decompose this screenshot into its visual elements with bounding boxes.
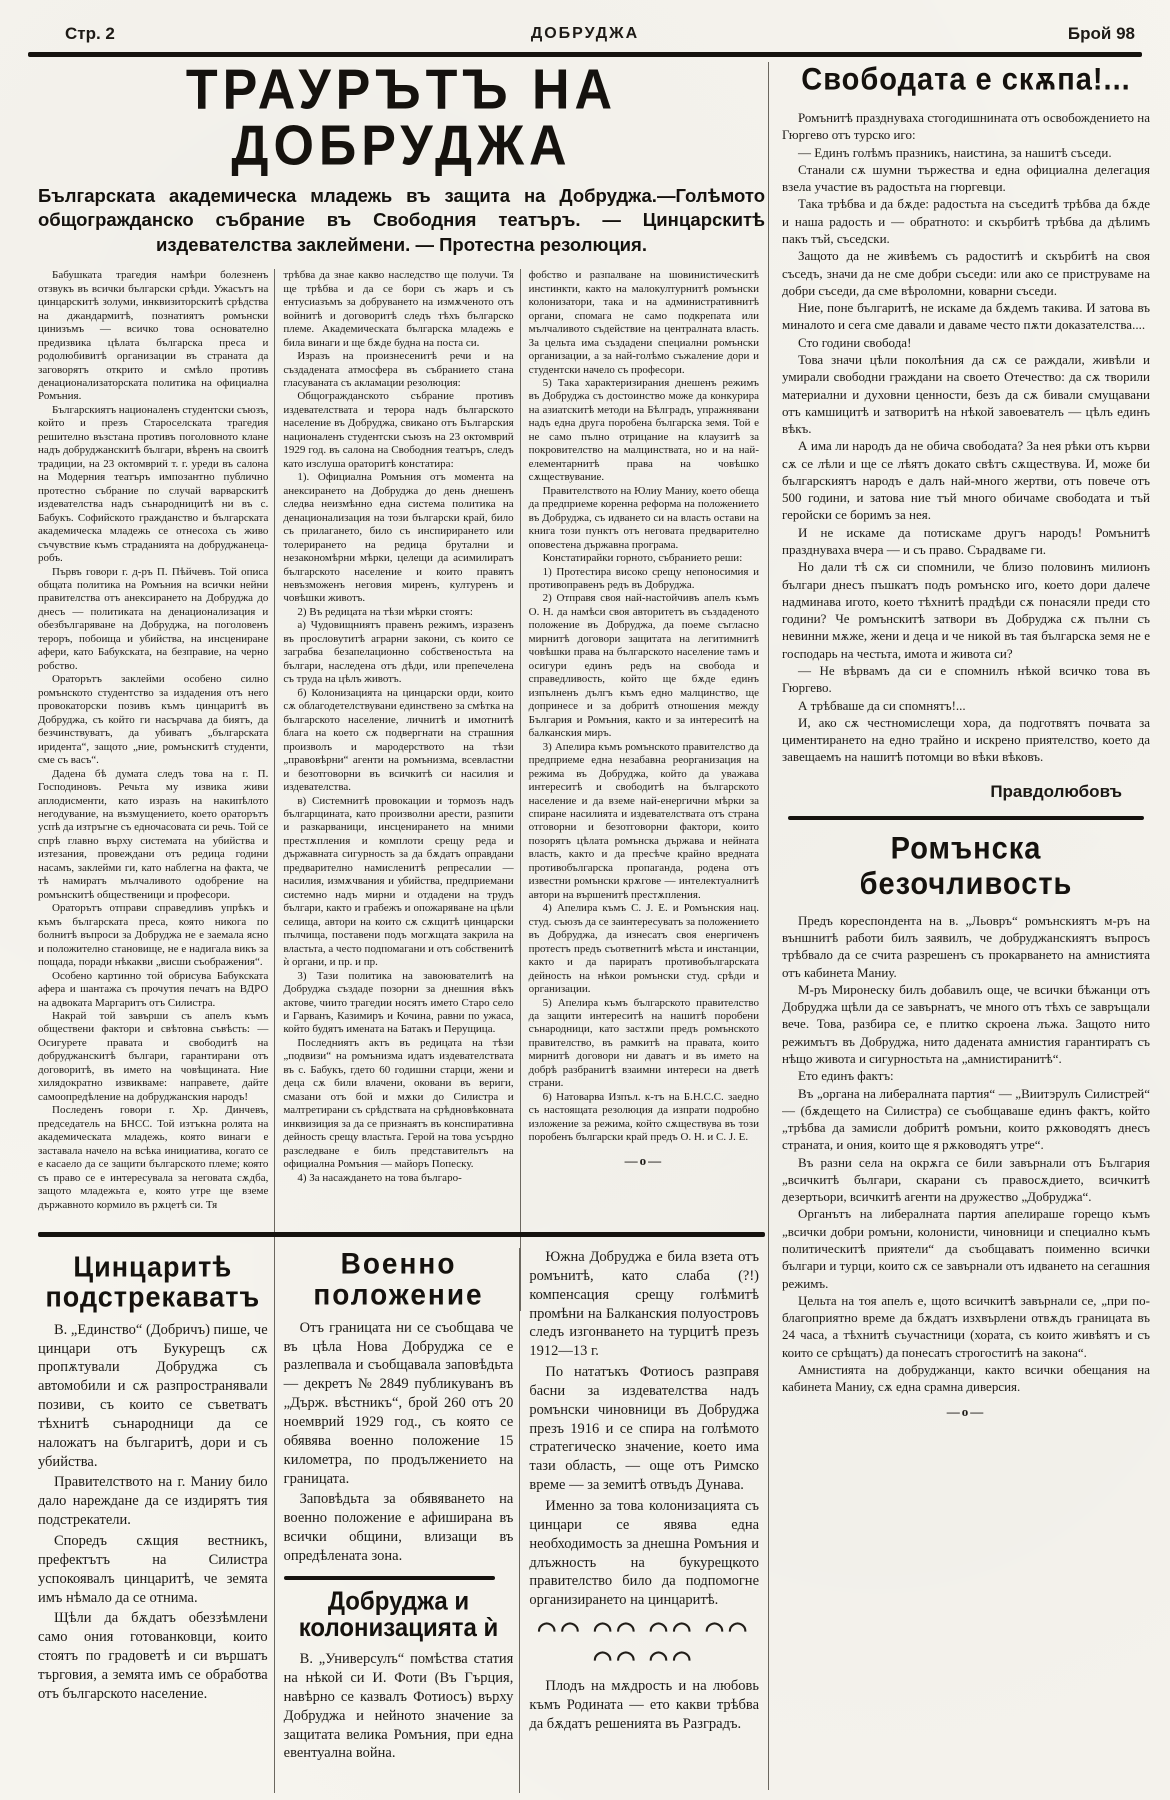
main-headline: ТРАУРЪТЪ НА ДОБРУДЖА bbox=[38, 62, 765, 174]
freedom-article-title: Свободата е скѫпа!... bbox=[782, 63, 1150, 98]
paragraph: 2) Въ редицата на тѣзи мѣрки стоятъ: bbox=[283, 606, 513, 619]
paragraph: Изразъ на произнесенитѣ речи и на създад… bbox=[283, 350, 513, 390]
column-3-paragraphs: фобство и разпалване на шовинистическитѣ… bbox=[529, 269, 759, 1144]
sub-section-rule bbox=[284, 1576, 496, 1580]
paragraph: Първъ говори г. д-ръ П. Пѣйчевъ. Той опи… bbox=[38, 566, 268, 674]
impudence-end-mark: —о— bbox=[782, 1404, 1150, 1420]
main-article-columns: Бабушката трагедия намѣри болезненъ отзв… bbox=[38, 269, 765, 1311]
paragraph: Отъ границата ни се съобщава че въ цѣла … bbox=[284, 1319, 514, 1489]
paragraph: Ние, поне българитѣ, не искаме да бѫдемъ… bbox=[782, 299, 1150, 334]
paragraph: Българскиятъ националенъ студентски съюз… bbox=[38, 404, 268, 566]
article-column-3: фобство и разпалване на шовинистическитѣ… bbox=[520, 269, 765, 1311]
section-title-colonization: Добруджа и колонизацията ѝ bbox=[284, 1588, 514, 1641]
impudence-article-body: Предъ кореспондента на в. „Льовръ“ ромън… bbox=[782, 912, 1150, 1396]
paragraph: Така трѣбва и да бѫде: радостьта на съсе… bbox=[782, 195, 1150, 247]
paragraph: И, ако сѫ честномислещи хора, да подготв… bbox=[782, 714, 1150, 766]
bottom-sections: Цинцаритѣ подстрекаватъ В. „Единство“ (Д… bbox=[38, 1248, 765, 1793]
paragraph: Правителството на г. Маниу било дало нар… bbox=[38, 1473, 268, 1530]
paragraph: И не искаме да потискаме другъ народъ! Р… bbox=[782, 524, 1150, 559]
paragraph: 2) Отправя своя най-настойчивъ апелъ към… bbox=[529, 592, 759, 740]
paragraph: 6) Натоварва Изпъл. к-тъ на Б.Н.С.С. зае… bbox=[529, 1091, 759, 1145]
paragraph: а) Чудовищниятъ правенъ режимъ, изразенъ… bbox=[283, 619, 513, 686]
paragraph: 4) Апелира къмъ C. J. E. и Ромънския нац… bbox=[529, 902, 759, 996]
paragraph: Но дали тѣ сѫ си спомнили, че близо поло… bbox=[782, 558, 1150, 662]
paragraph: Дадена бѣ думата следъ това на г. П. Гос… bbox=[38, 768, 268, 903]
paragraph: 5) Така характеризирания днешенъ режимъ … bbox=[529, 377, 759, 485]
paragraph: Заповѣдьта за обявяването на военно поло… bbox=[284, 1490, 514, 1565]
paragraph: Констатирайки горното, събранието реши: bbox=[529, 552, 759, 565]
paragraph: Станали сѫ шумни тържества и една официа… bbox=[782, 161, 1150, 196]
paragraph: — Не вѣрвамъ да си е спомнилъ нѣкой всич… bbox=[782, 662, 1150, 697]
paragraph: в) Системнитѣ провокации и тормозъ надъ … bbox=[283, 795, 513, 970]
paragraph: 4) За насаждането на това българо- bbox=[283, 1172, 513, 1185]
paragraph: Защото да не живѣемъ съ радоститѣ и скър… bbox=[782, 247, 1150, 299]
paragraph: — Единъ голѣмъ празникъ, наистина, за на… bbox=[782, 144, 1150, 161]
paragraph: Сто години свобода! bbox=[782, 334, 1150, 351]
paragraph: Последенъ говори г. Хр. Динчевъ, председ… bbox=[38, 1104, 268, 1212]
paragraph: Бабушката трагедия намѣри болезненъ отзв… bbox=[38, 269, 268, 404]
paragraph: В. „Единство“ (Добричъ) пише, че цинцари… bbox=[38, 1321, 268, 1472]
paragraph: А има ли народъ да не обича свободата? З… bbox=[782, 437, 1150, 523]
paragraph: Именно за това колонизацията съ цинцари … bbox=[529, 1497, 759, 1610]
paragraph: Южна Добруджа е била взета отъ ромънитѣ,… bbox=[529, 1248, 759, 1361]
column-divider-vertical bbox=[768, 62, 769, 1790]
section-tsintsari: Цинцаритѣ подстрекаватъ В. „Единство“ (Д… bbox=[38, 1248, 274, 1793]
paragraph: М-ръ Миронеску билъ добавилъ още, че вси… bbox=[782, 981, 1150, 1067]
section-separator-rule bbox=[38, 1232, 765, 1237]
main-subtitle: Българската академическа младежь въ защи… bbox=[38, 184, 765, 257]
right-column-rule bbox=[788, 816, 1144, 820]
section-colonization-continued: Южна Добруджа е била взета отъ ромънитѣ,… bbox=[519, 1248, 765, 1793]
paragraph: Ораторътъ отправи справедливъ упрѣкъ и к… bbox=[38, 902, 268, 969]
paragraph: Споредъ сѫщия вестникъ, префектътъ на Си… bbox=[38, 1532, 268, 1607]
paragraph: Правителството на Юлиу Маниу, което обещ… bbox=[529, 485, 759, 552]
paragraph: Ораторътъ заклейми особено силно ромънск… bbox=[38, 673, 268, 767]
paragraph: А трѣбваше да си спомнятъ!... bbox=[782, 697, 1150, 714]
section-military: Военно положение Отъ границата ни се съо… bbox=[274, 1248, 520, 1793]
right-column: Свободата е скѫпа!... Ромънитѣ празднува… bbox=[782, 60, 1150, 1796]
paragraph: В. „Универсулъ“ помѣства статия на нѣкой… bbox=[284, 1650, 514, 1763]
paragraph: Ето единъ фактъ: bbox=[782, 1067, 1150, 1084]
section-title-tsintsari: Цинцаритѣ подстрекаватъ bbox=[38, 1252, 268, 1312]
paragraph: фобство и разпалване на шовинистическитѣ… bbox=[529, 269, 759, 377]
freedom-article-body: Ромънитѣ празднуваха стогодишнината отъ … bbox=[782, 109, 1150, 766]
paragraph: Въ „органа на либералната партия“ — „Вии… bbox=[782, 1085, 1150, 1154]
military-body: Отъ границата ни се съобщава че въ цѣла … bbox=[284, 1319, 514, 1566]
colonization-body: В. „Универсулъ“ помѣства статия на нѣкой… bbox=[284, 1650, 514, 1763]
issue-number-label: Брой 98 bbox=[1068, 24, 1135, 44]
paragraph: Общогражданското събрание противъ издева… bbox=[283, 390, 513, 471]
paragraph: б) Колонизацията на цинцарски орди, коит… bbox=[283, 687, 513, 795]
paragraph: 3) Апелира къмъ ромънското правителство … bbox=[529, 741, 759, 903]
paragraph: трѣбва да знае какво наследство ще получ… bbox=[283, 269, 513, 350]
paragraph: Ромънитѣ празднуваха стогодишнината отъ … bbox=[782, 109, 1150, 144]
article-column-1: Бабушката трагедия намѣри болезненъ отзв… bbox=[38, 269, 274, 1311]
paragraph: Цельта на тоя апелъ е, щото всичкитѣ зав… bbox=[782, 1292, 1150, 1361]
paragraph: 1). Официална Ромъния отъ момента на ане… bbox=[283, 471, 513, 606]
colonization-continuation: Южна Добруджа е била взета отъ ромънитѣ,… bbox=[529, 1248, 759, 1610]
section-title-military: Военно положение bbox=[284, 1248, 514, 1310]
article-end-mark: —о— bbox=[529, 1153, 759, 1169]
tsintsari-body: В. „Единство“ (Добричъ) пише, че цинцари… bbox=[38, 1321, 268, 1704]
paragraph: 5) Апелира къмъ българското правителство… bbox=[529, 997, 759, 1091]
paragraph: Органътъ на либералната партия апелираше… bbox=[782, 1205, 1150, 1291]
newspaper-page: Стр. 2 ДОБРУДЖА Брой 98 ТРАУРЪТЪ НА ДОБР… bbox=[0, 0, 1170, 1800]
author-signature: Правдолюбовъ bbox=[782, 782, 1122, 802]
paragraph: Особено картинно той обрисува Бабукската… bbox=[38, 970, 268, 1010]
paragraph: Предъ кореспондента на в. „Льовръ“ ромън… bbox=[782, 912, 1150, 981]
paragraph: 3) Тази политика на завоювателитѣ на Доб… bbox=[283, 970, 513, 1037]
paragraph: Въ разни села на окрѫга се били завърнал… bbox=[782, 1154, 1150, 1206]
masthead-title: ДОБРУДЖА bbox=[30, 25, 1140, 43]
page-header: Стр. 2 ДОБРУДЖА Брой 98 bbox=[30, 24, 1140, 50]
paragraph: Щѣли да бѫдатъ обеззѣмлени само ония гот… bbox=[38, 1609, 268, 1703]
main-article: ТРАУРЪТЪ НА ДОБРУДЖА Българската академи… bbox=[38, 66, 765, 1311]
paragraph: Амнистията на добруджанци, както всички … bbox=[782, 1361, 1150, 1396]
impudence-article-title: Ромънска безочливость bbox=[782, 831, 1150, 902]
header-rule bbox=[28, 52, 1142, 57]
colonization-closing: Плодъ на мѫдрость и на любовь къмъ Родин… bbox=[529, 1677, 759, 1734]
paragraph: Накрай той завърши съ апелъ къмъ обществ… bbox=[38, 1010, 268, 1104]
printer-ornament-row: ◠◠ ◠◠ ◠◠ ◠◠ ◠◠ ◠◠ bbox=[529, 1616, 759, 1673]
article-column-2: трѣбва да знае какво наследство ще получ… bbox=[274, 269, 519, 1311]
paragraph: 1) Протестира високо срещу непоносимия и… bbox=[529, 566, 759, 593]
paragraph: Последниятъ актъ въ редицата на тѣзи „по… bbox=[283, 1037, 513, 1172]
paragraph: Това значи цѣли поколѣния да сѫ се ражда… bbox=[782, 351, 1150, 437]
paragraph: По нататъкъ Фотиосъ разправя басни за из… bbox=[529, 1363, 759, 1495]
